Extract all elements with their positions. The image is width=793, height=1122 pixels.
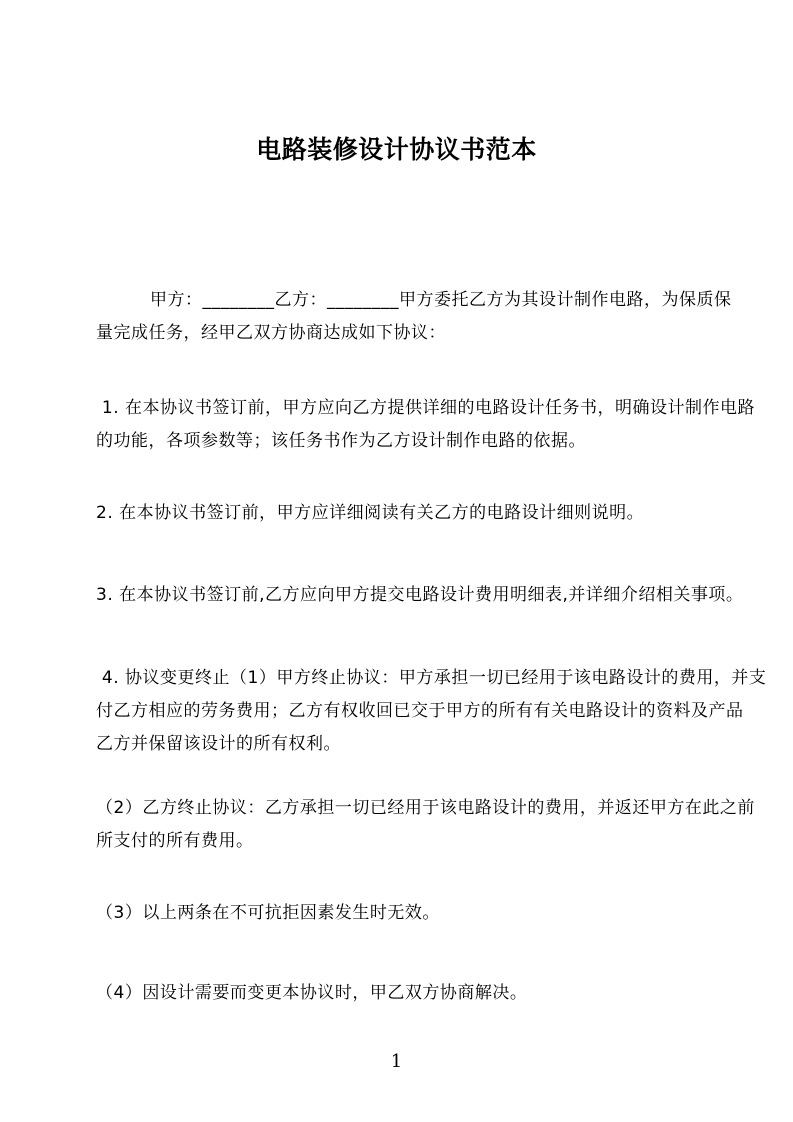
document-page: 电路装修设计协议书范本 甲方：________乙方：________甲方委托乙方… [0, 0, 793, 1122]
paragraph-line: （4）因设计需要而变更本协议时，甲乙双方协商解决。 [96, 977, 527, 1010]
paragraph-line: 乙方并保留该设计的所有权利。 [96, 728, 766, 761]
document-title-text: 电路装修设计协议书范本 [256, 135, 537, 164]
paragraph-line: （2）乙方终止协议：乙方承担一切已经用于该电路设计的费用，并返还甲方在此之前 [96, 792, 755, 825]
paragraph-line: 所支付的所有费用。 [96, 825, 755, 858]
paragraph-parties-intro: 甲方：________乙方：________甲方委托乙方为其设计制作电路，为保质… [96, 284, 732, 350]
paragraph-clause-1: 1. 在本协议书签订前，甲方应向乙方提供详细的电路设计任务书，明确设计制作电路 … [96, 392, 755, 458]
paragraph-line: 量完成任务，经甲乙双方协商达成如下协议： [96, 317, 732, 350]
paragraph-line: 的功能，各项参数等；该任务书作为乙方设计制作电路的依据。 [96, 425, 755, 458]
paragraph-clause-4-4: （4）因设计需要而变更本协议时，甲乙双方协商解决。 [96, 977, 527, 1010]
paragraph-clause-2: 2. 在本协议书签订前，甲方应详细阅读有关乙方的电路设计细则说明。 [96, 497, 644, 530]
paragraph-clause-4: 4. 协议变更终止（1）甲方终止协议：甲方承担一切已经用于该电路设计的费用，并支… [96, 662, 766, 761]
paragraph-line: 4. 协议变更终止（1）甲方终止协议：甲方承担一切已经用于该电路设计的费用，并支 [96, 662, 766, 695]
paragraph-line: 付乙方相应的劳务费用；乙方有权收回已交于甲方的所有有关电路设计的资料及产品 [96, 695, 766, 728]
paragraph-line: 1. 在本协议书签订前，甲方应向乙方提供详细的电路设计任务书，明确设计制作电路 [96, 392, 755, 425]
paragraph-clause-4-2: （2）乙方终止协议：乙方承担一切已经用于该电路设计的费用，并返还甲方在此之前 所… [96, 792, 755, 858]
paragraph-line: （3）以上两条在不可抗拒因素发生时无效。 [96, 897, 440, 930]
paragraph-clause-3: 3. 在本协议书签订前,乙方应向甲方提交电路设计费用明细表,并详细介绍相关事项。 [96, 579, 743, 612]
page-number: 1 [0, 1045, 793, 1078]
document-title: 电路装修设计协议书范本 [0, 133, 793, 167]
paragraph-line: 甲方：________乙方：________甲方委托乙方为其设计制作电路，为保质… [96, 284, 732, 317]
paragraph-clause-4-3: （3）以上两条在不可抗拒因素发生时无效。 [96, 897, 440, 930]
paragraph-line: 3. 在本协议书签订前,乙方应向甲方提交电路设计费用明细表,并详细介绍相关事项。 [96, 579, 743, 612]
paragraph-line: 2. 在本协议书签订前，甲方应详细阅读有关乙方的电路设计细则说明。 [96, 497, 644, 530]
